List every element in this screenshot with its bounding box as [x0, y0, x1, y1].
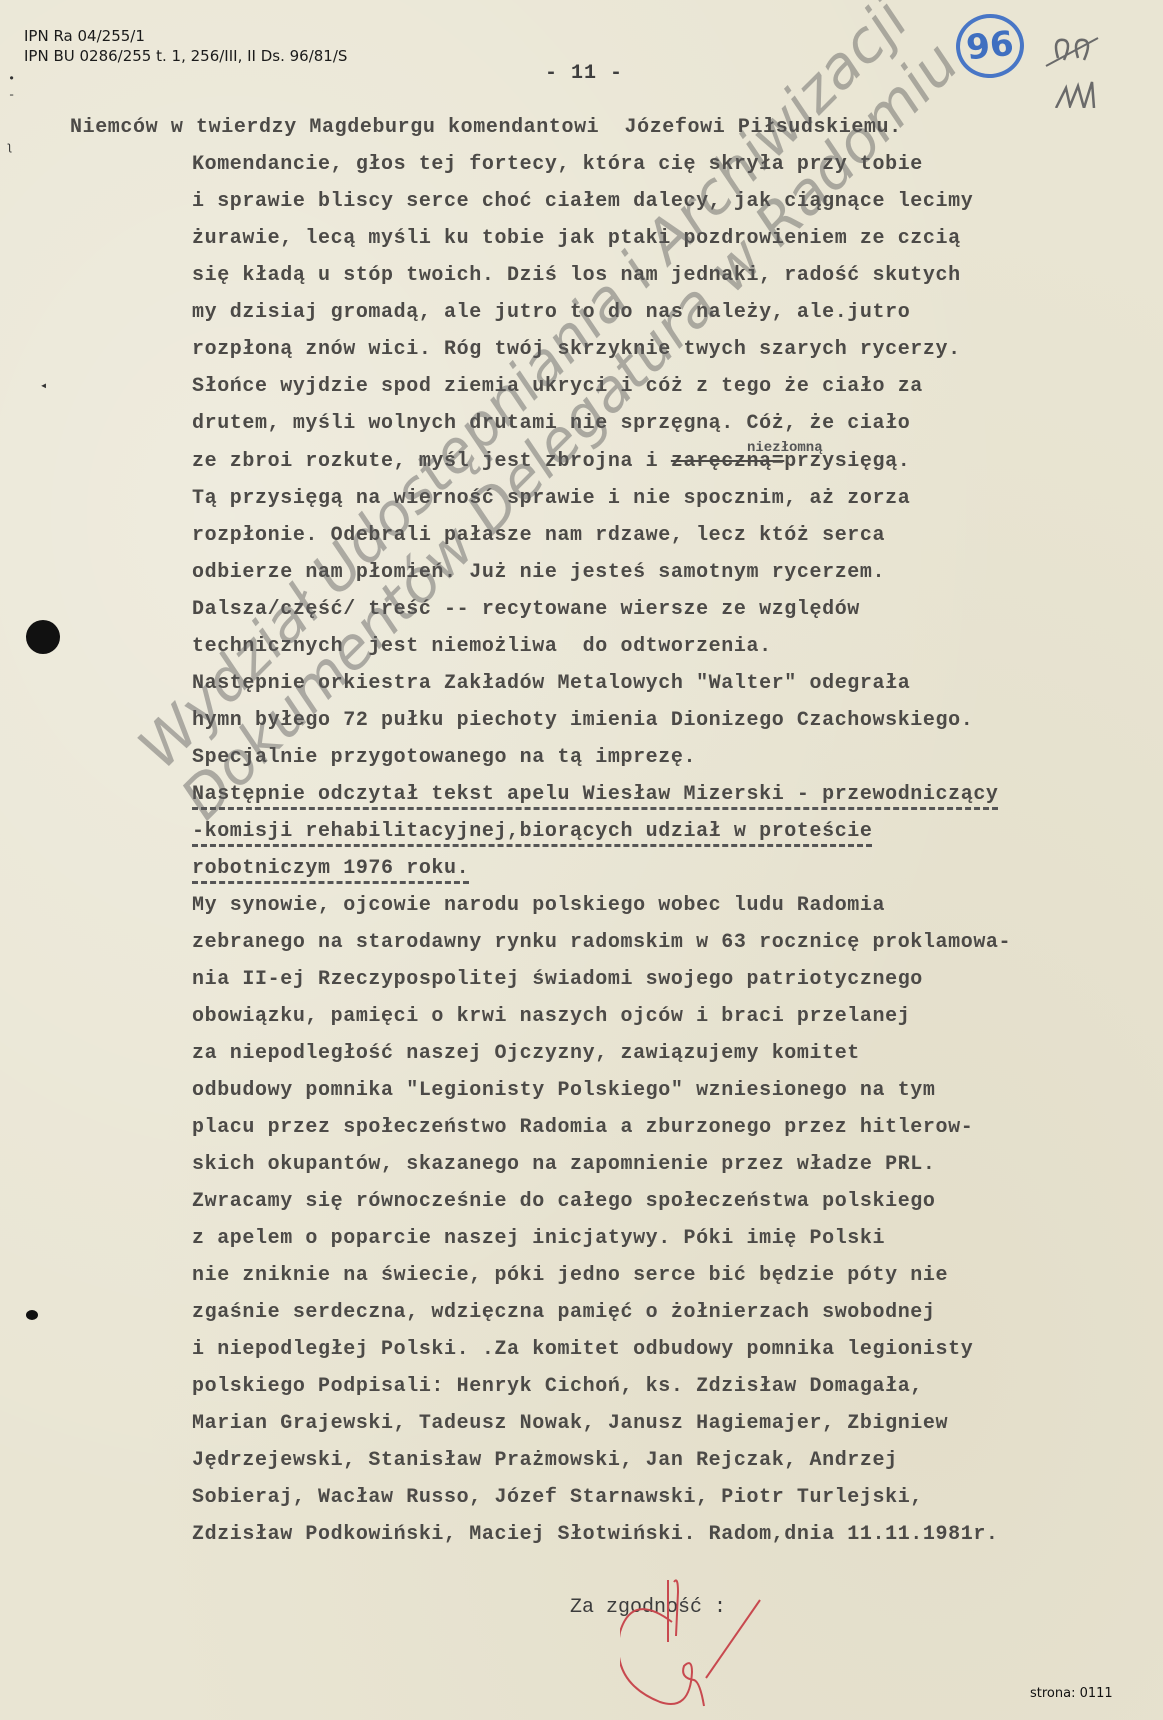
- text-line: Jędrzejewski, Stanisław Prażmowski, Jan …: [192, 1449, 898, 1473]
- text-line: Marian Grajewski, Tadeusz Nowak, Janusz …: [192, 1412, 948, 1436]
- text-line: odbierze nam płomień. Już nie jesteś sam…: [192, 561, 885, 585]
- text-line: My synowie, ojcowie narodu polskiego wob…: [192, 894, 885, 918]
- margin-mark: ◂: [40, 378, 47, 393]
- text-line: hymn byłego 72 pułku piechoty imienia Di…: [192, 709, 973, 733]
- text-line: zgaśnie serdeczna, wdzięczna pamięć o żo…: [192, 1301, 936, 1325]
- text-line: polskiego Podpisali: Henryk Cichoń, ks. …: [192, 1375, 923, 1399]
- page-number: - 11 -: [545, 62, 623, 85]
- text-line: za niepodległość naszej Ojczyzny, zawiąz…: [192, 1042, 860, 1066]
- archive-reference: IPN Ra 04/255/1 IPN BU 0286/255 t. 1, 25…: [24, 26, 347, 66]
- margin-mark: -: [8, 88, 15, 102]
- text-line: Tą przysięgą na wierność sprawie i nie s…: [192, 487, 910, 511]
- signature: [620, 1570, 840, 1715]
- text-line: nia II-ej Rzeczypospolitej świadomi swoj…: [192, 968, 923, 992]
- text-line: odbudowy pomnika "Legionisty Polskiego" …: [192, 1079, 936, 1103]
- reference-line-2: IPN BU 0286/255 t. 1, 256/III, II Ds. 96…: [24, 46, 347, 66]
- punch-hole-small: [26, 1310, 38, 1320]
- signature-icon: [620, 1570, 840, 1710]
- text-line: zebranego na starodawny rynku radomskim …: [192, 931, 1011, 955]
- page-label: strona: 0111: [1030, 1686, 1113, 1701]
- text-line: Specjalnie przygotowanego na tą imprezę.: [192, 746, 696, 770]
- pencil-folio-marks: [1040, 18, 1130, 113]
- text-line: Słońce wyjdzie spod ziemia ukryci i cóż …: [192, 375, 923, 399]
- text-line: rozpłonie. Odebrali pałasze nam rdzawe, …: [192, 524, 885, 548]
- text-line: i sprawie bliscy serce choć ciałem dalec…: [192, 190, 973, 214]
- text-line: drutem, myśli wolnych drutami nie sprzęg…: [192, 412, 910, 436]
- text-line: Następnie orkiestra Zakładów Metalowych …: [192, 672, 910, 696]
- margin-mark: •: [8, 72, 15, 86]
- text-line: Dalsza/część/ treść -- recytowane wiersz…: [192, 598, 860, 622]
- text-line: Sobieraj, Wacław Russo, Józef Starnawski…: [192, 1486, 923, 1510]
- text-line: technicznych jest niemożliwa do odtworze…: [192, 635, 772, 659]
- text-line: skich okupantów, skazanego na zapomnieni…: [192, 1153, 936, 1177]
- text-line: nie zniknie na świecie, póki jedno serce…: [192, 1264, 948, 1288]
- folio-stamp-number: 96: [964, 24, 1015, 69]
- text-line: z apelem o poparcie naszej inicjatywy. P…: [192, 1227, 885, 1251]
- text-line: obowiązku, pamięci o krwi naszych ojców …: [192, 1005, 910, 1029]
- text-line: Zwracamy się równocześnie do całego społ…: [192, 1190, 936, 1214]
- text-line: Zdzisław Podkowiński, Maciej Słotwiński.…: [192, 1523, 999, 1547]
- pencil-marks-icon: [1040, 18, 1130, 108]
- text-segment: ze zbroi rozkute, myśl jest zbrojna i: [192, 450, 671, 473]
- text-line: my dzisiaj gromadą, ale jutro to do nas …: [192, 301, 910, 325]
- text-line: rozpłoną znów wici. Róg twój skrzyknie t…: [192, 338, 961, 362]
- handwritten-insertion: niezłomną: [747, 440, 823, 456]
- text-line: żurawie, lecą myśli ku tobie jak ptaki p…: [192, 227, 961, 251]
- underlined-line: Następnie odczytał tekst apelu Wiesław M…: [192, 783, 999, 807]
- margin-mark: ʅ: [6, 140, 13, 154]
- text-line: Niemców w twierdzy Magdeburgu komendanto…: [70, 116, 902, 140]
- text-line: Komendancie, głos tej fortecy, która cię…: [192, 153, 923, 177]
- punch-hole: [26, 620, 60, 654]
- text-line: się kładą u stóp twoich. Dziś los nam je…: [192, 264, 961, 288]
- text-line: i niepodległej Polski. .Za komitet odbud…: [192, 1338, 973, 1362]
- folio-stamp: 96: [953, 11, 1027, 82]
- text-line: placu przez społeczeństwo Radomia a zbur…: [192, 1116, 973, 1140]
- reference-line-1: IPN Ra 04/255/1: [24, 26, 347, 46]
- underlined-line: -komisji rehabilitacyjnej,biorących udzi…: [192, 820, 873, 844]
- underlined-line: robotniczym 1976 roku.: [192, 857, 469, 881]
